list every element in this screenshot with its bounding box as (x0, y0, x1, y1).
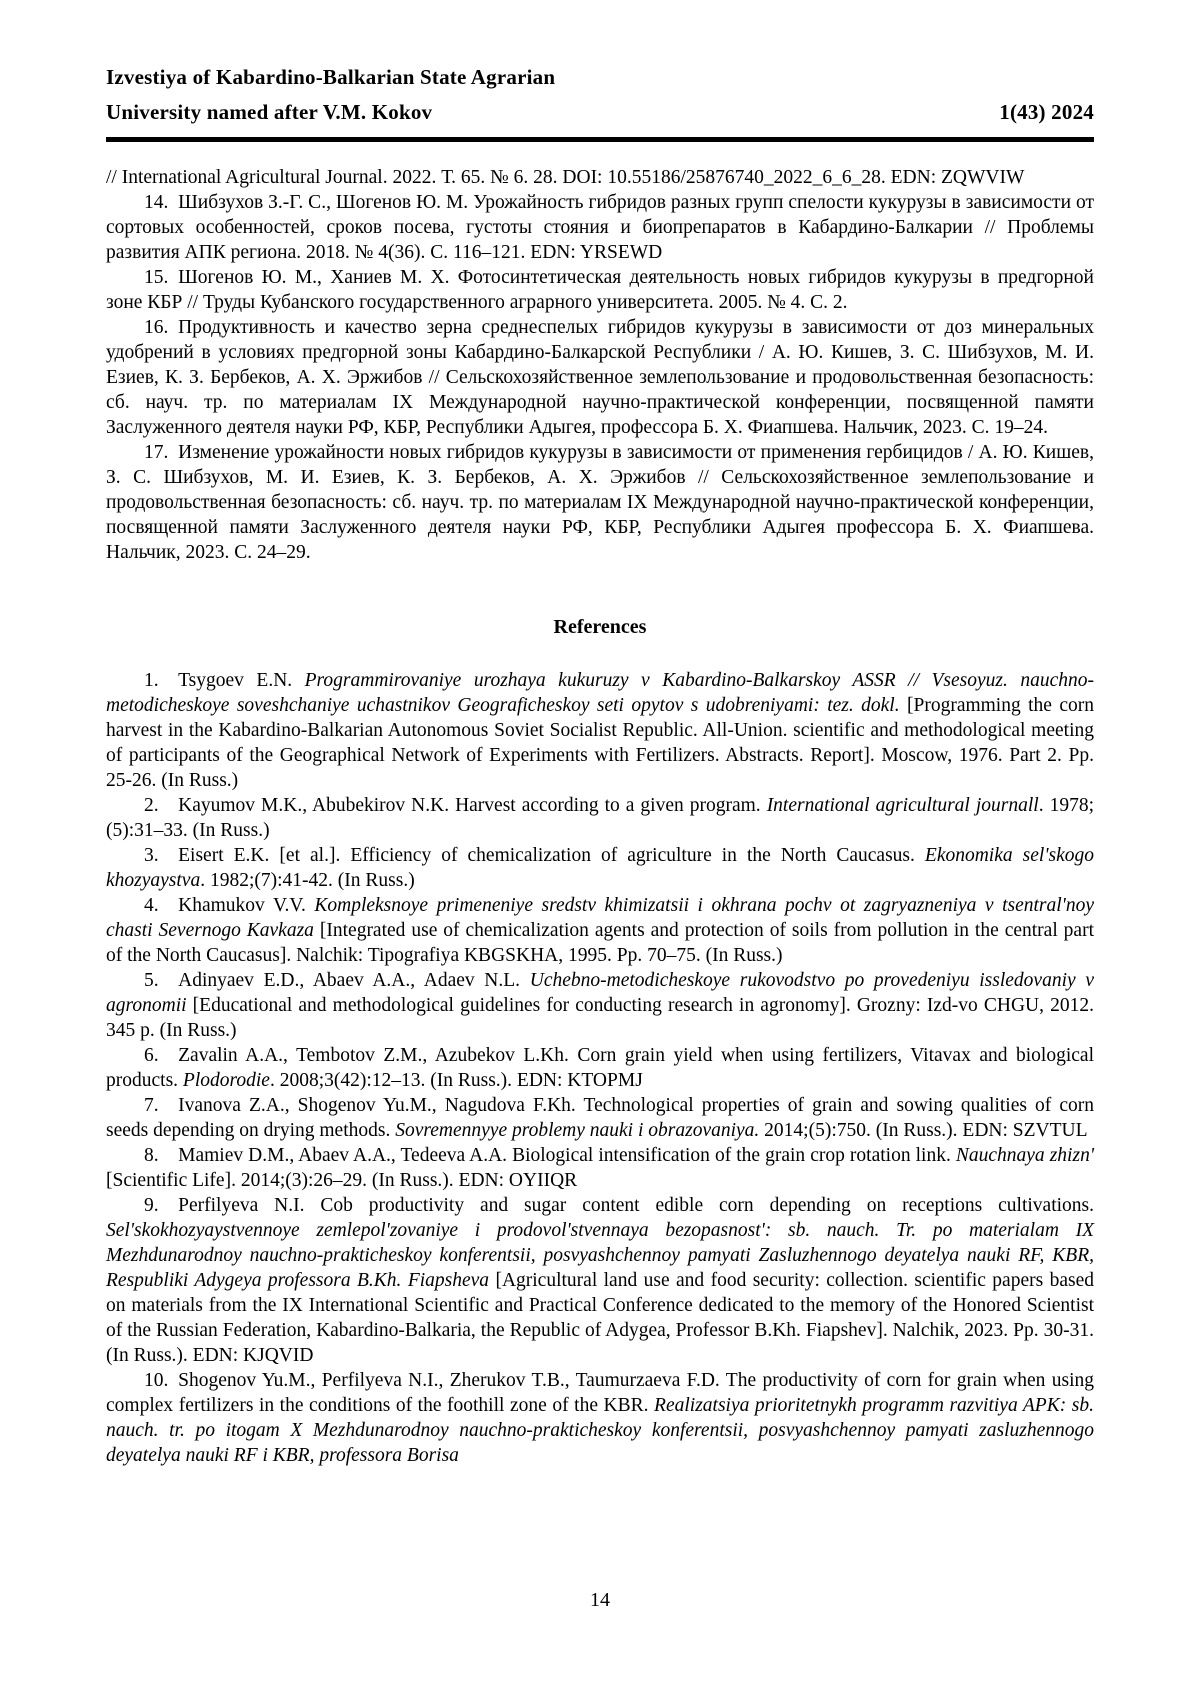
issue-number: 1(43) 2024 (999, 99, 1094, 126)
reference-paragraph: 3. Eisert E.K. [et al.]. Efficiency of c… (106, 843, 1094, 893)
journal-page: Izvestiya of Kabardino-Balkarian State A… (0, 0, 1200, 1697)
english-references-list: 1. Tsygoev E.N. Programmirovaniye urozha… (106, 668, 1094, 1468)
reference-paragraph: 15. Шогенов Ю. М., Ханиев М. Х. Фотосинт… (106, 265, 1094, 315)
reference-paragraph: 10. Shogenov Yu.M., Perfilyeva N.I., Zhe… (106, 1368, 1094, 1468)
references-heading: References (106, 615, 1094, 640)
reference-paragraph: 2. Kayumov M.K., Abubekirov N.K. Harvest… (106, 793, 1094, 843)
reference-paragraph: 1. Tsygoev E.N. Programmirovaniye urozha… (106, 668, 1094, 793)
reference-paragraph: 9. Perfilyeva N.I. Cob productivity and … (106, 1193, 1094, 1368)
reference-paragraph: 8. Mamiev D.M., Abaev A.A., Tedeeva A.A.… (106, 1143, 1094, 1193)
russian-references-block: // International Agricultural Journal. 2… (106, 165, 1094, 565)
reference-paragraph: // International Agricultural Journal. 2… (106, 165, 1094, 190)
reference-paragraph: 14. Шибзухов З.-Г. С., Шогенов Ю. М. Уро… (106, 190, 1094, 265)
reference-paragraph: 4. Khamukov V.V. Kompleksnoye primeneniy… (106, 893, 1094, 968)
reference-paragraph: 16. Продуктивность и качество зерна сред… (106, 315, 1094, 440)
reference-paragraph: 5. Adinyaev E.D., Abaev A.A., Adaev N.L.… (106, 968, 1094, 1043)
journal-title-line1: Izvestiya of Kabardino-Balkarian State A… (106, 64, 1094, 91)
reference-paragraph: 7. Ivanova Z.A., Shogenov Yu.M., Nagudov… (106, 1093, 1094, 1143)
header-rule (106, 137, 1094, 142)
journal-title-line2: University named after V.M. Kokov (106, 99, 432, 126)
reference-paragraph: 17. Изменение урожайности новых гибридов… (106, 440, 1094, 565)
reference-paragraph: 6. Zavalin A.A., Tembotov Z.M., Azubekov… (106, 1043, 1094, 1093)
page-number: 14 (0, 1588, 1200, 1613)
journal-header-row: University named after V.M. Kokov 1(43) … (106, 99, 1094, 126)
